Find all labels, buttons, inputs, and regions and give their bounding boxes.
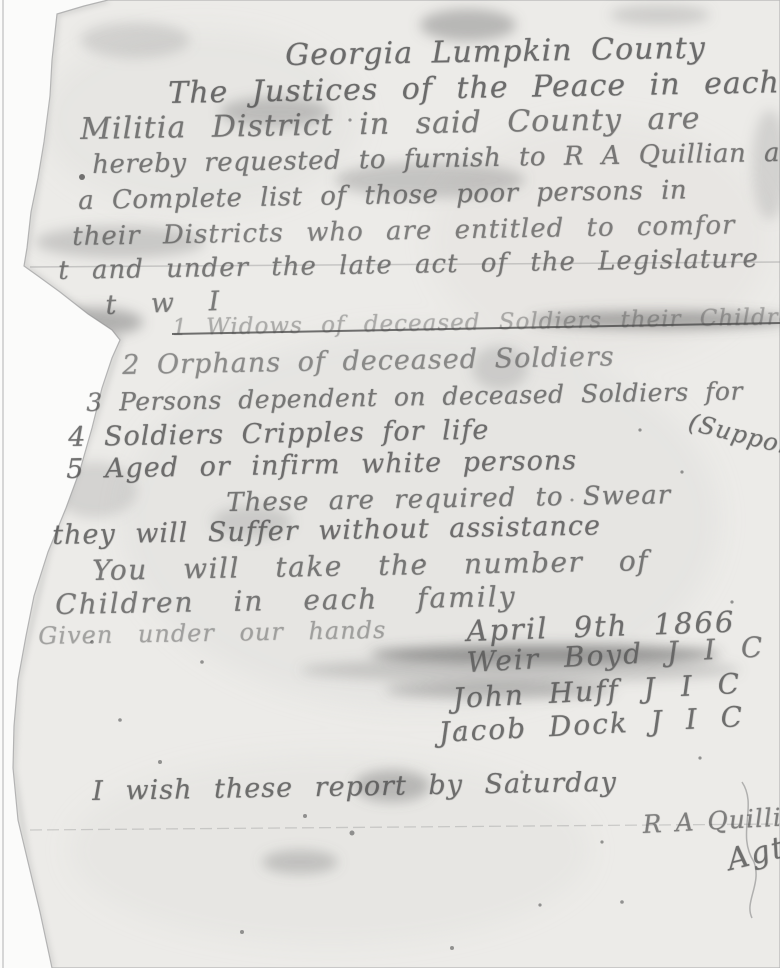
handwriting-layer: Georgia Lumpkin CountyThe Justices of th…	[0, 0, 780, 968]
handwritten-line: Militia District in said County are	[80, 103, 701, 145]
handwritten-line: they will Suffer without assistance	[52, 512, 601, 550]
handwritten-line: a Complete list of those poor persons in	[78, 177, 687, 215]
handwritten-line: 5 Aged or infirm white persons	[66, 447, 577, 484]
handwritten-line: 3 Persons dependent on deceased Soldiers…	[86, 379, 743, 417]
handwritten-line: You will take the number of	[92, 546, 649, 585]
scanned-document: Georgia Lumpkin CountyThe Justices of th…	[0, 0, 780, 968]
handwritten-line: 1 Widows of deceased Soldiers their Chil…	[172, 305, 780, 340]
handwritten-line: Given under our hands	[38, 618, 387, 649]
handwritten-line: hereby requested to furnish to R A Quill…	[92, 140, 780, 180]
handwritten-line: R A Quillian	[642, 803, 780, 838]
handwritten-line: Agt	[724, 832, 780, 877]
handwritten-line: (Suppor	[686, 410, 780, 460]
handwritten-line: Children in each family	[55, 582, 517, 619]
handwritten-line: Georgia Lumpkin County	[285, 33, 706, 72]
handwritten-line: I wish these report by Saturday	[92, 769, 617, 806]
handwritten-line: t and under the late act of the Legislat…	[58, 246, 759, 286]
handwritten-line: These are required to Swear	[226, 482, 671, 517]
handwritten-line: 2 Orphans of deceased Soldiers	[122, 343, 615, 380]
